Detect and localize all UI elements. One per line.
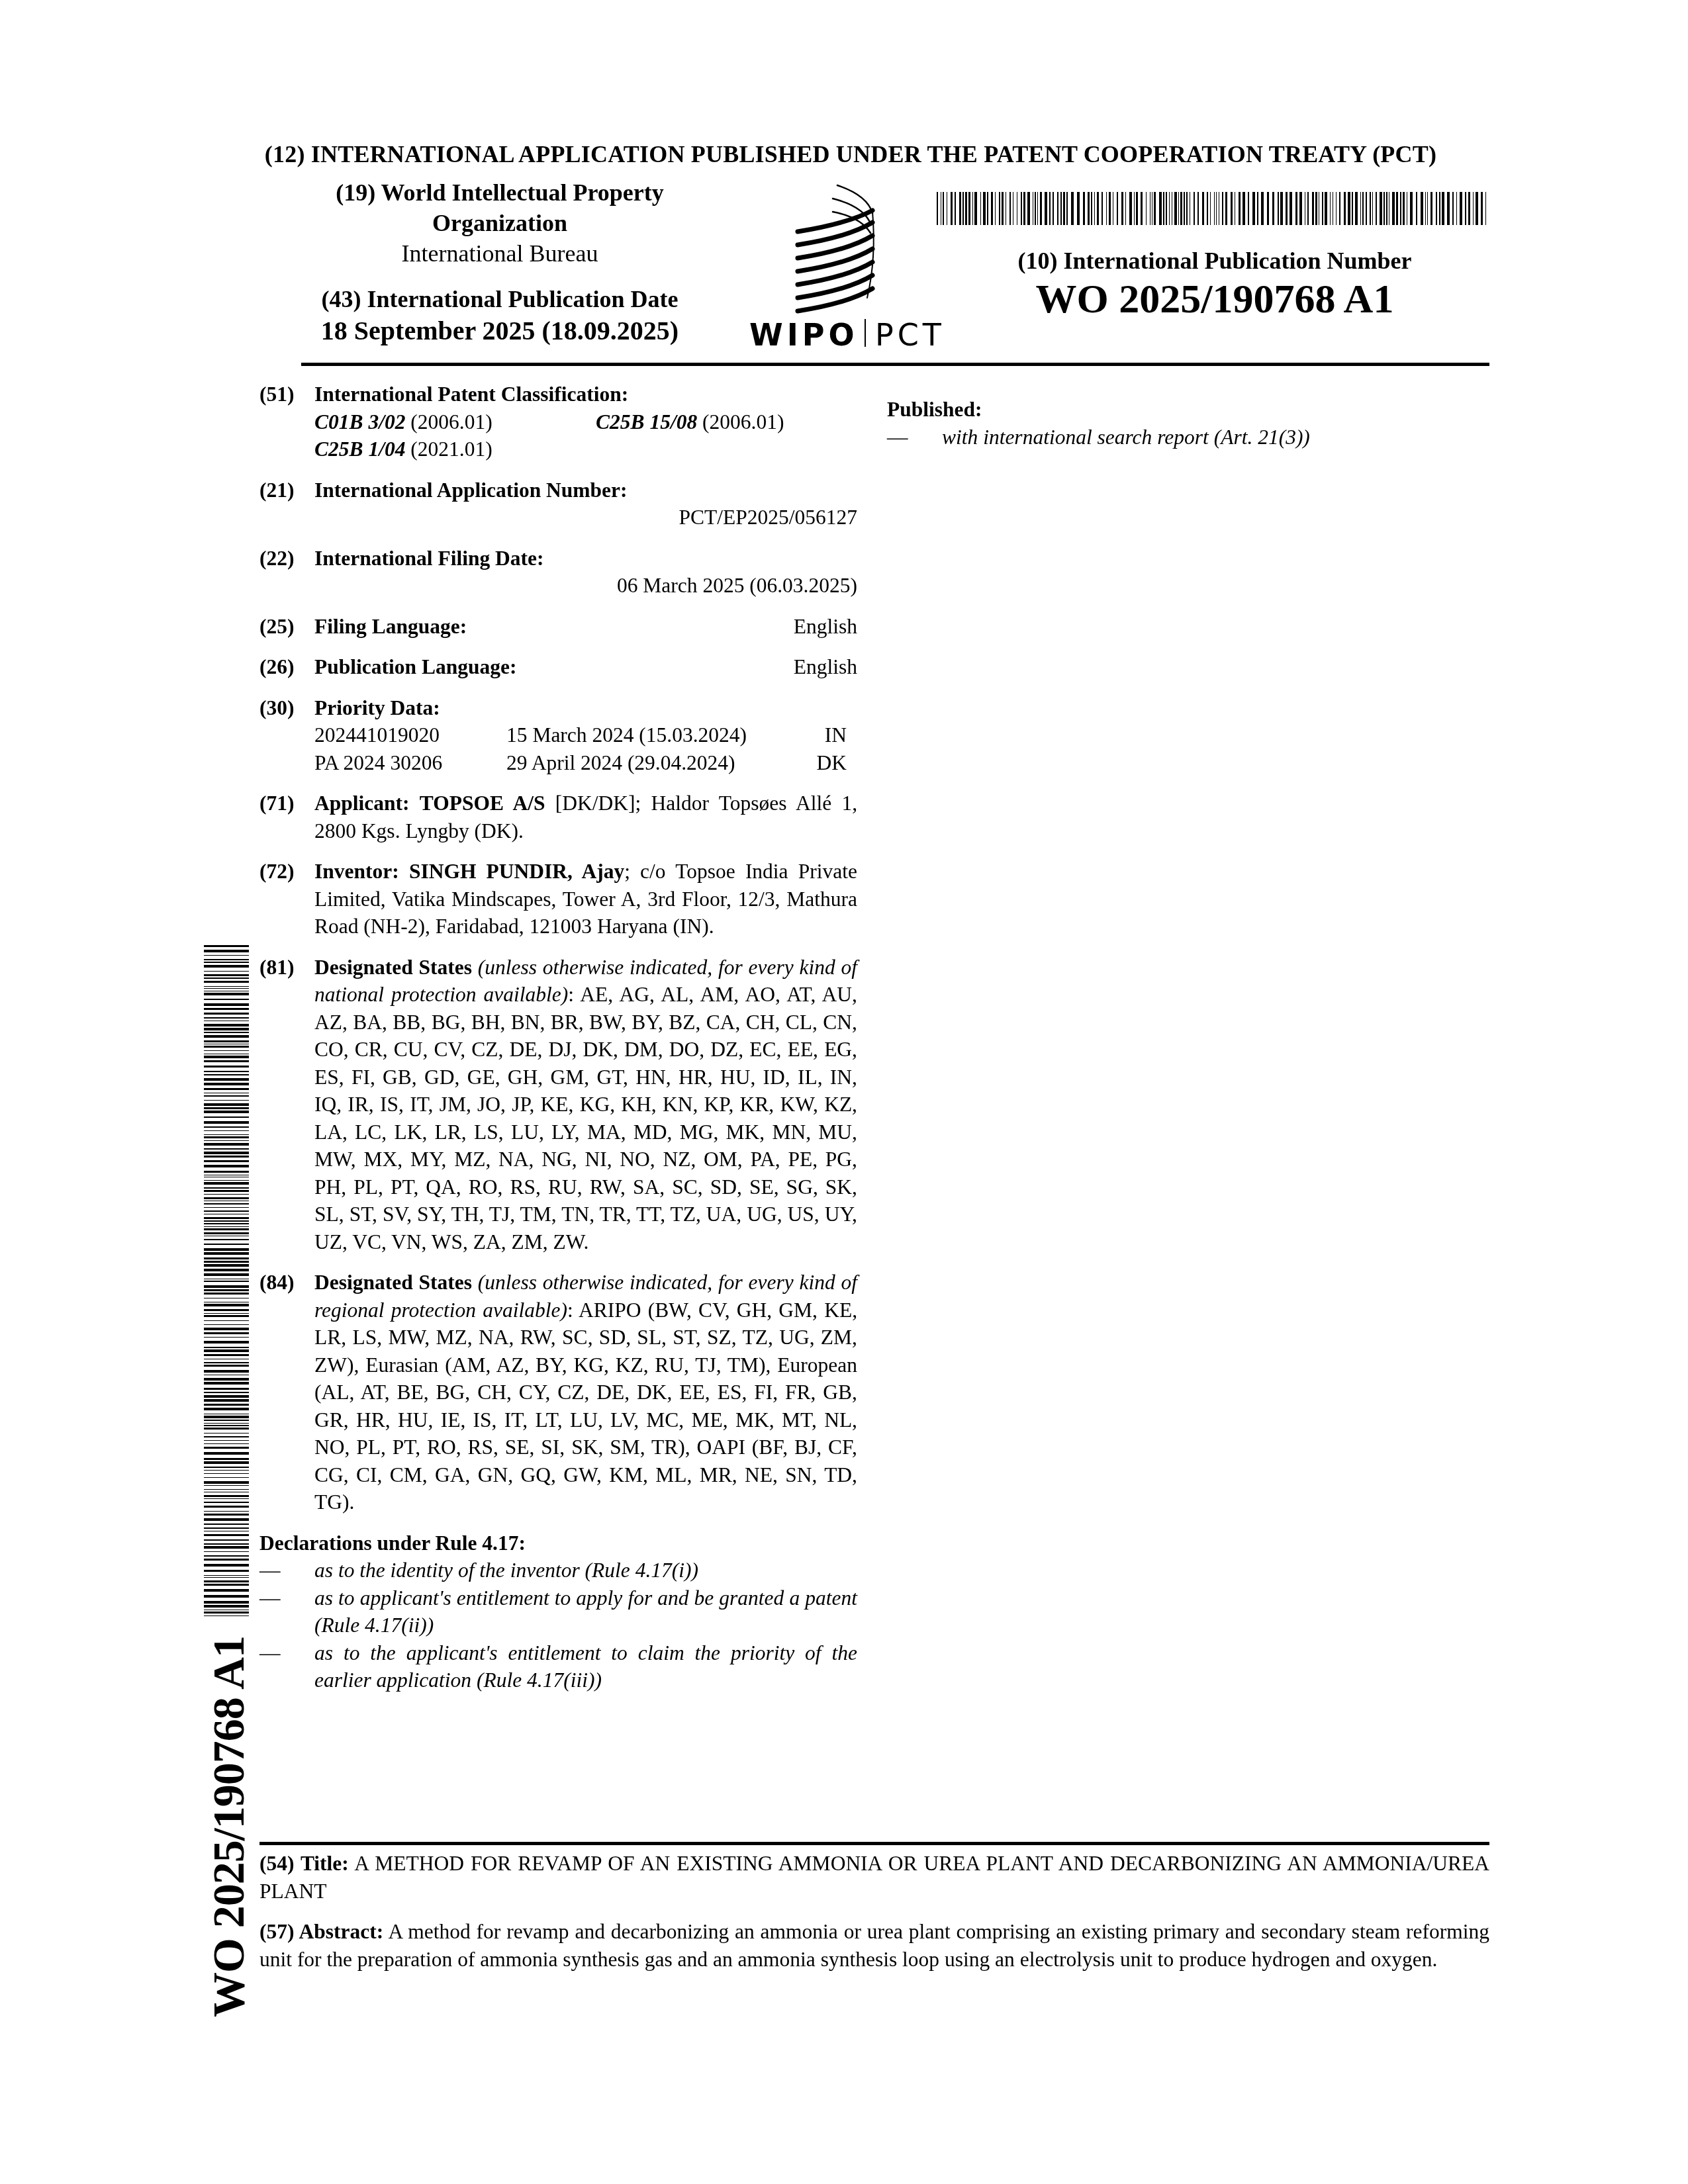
ipc-version: (2006.01)	[702, 410, 784, 433]
entry-label: Inventor:	[314, 860, 399, 883]
entry-label: Designated States	[314, 1271, 472, 1294]
priority-row: PA 2024 30206 29 April 2024 (29.04.2024)…	[314, 749, 857, 777]
publication-language-entry: (26) Publication Language: English	[259, 653, 857, 681]
side-publication-number-text: WO 2025/190768 A1	[203, 1636, 255, 2017]
ipc-version: (2006.01)	[410, 410, 492, 433]
filing-language-value: English	[794, 613, 857, 641]
published-item: —with international search report (Art. …	[887, 424, 1483, 451]
title-paragraph: (54) Title: A METHOD FOR REVAMP OF AN EX…	[259, 1850, 1489, 1905]
wipo-pct-logo: WIPO PCT	[735, 172, 960, 351]
svg-text:WIPO: WIPO	[749, 317, 859, 351]
applicant-name: TOPSOE A/S	[420, 792, 545, 815]
priority-row: 202441019020 15 March 2024 (15.03.2024) …	[314, 721, 857, 749]
entry-label: International Patent Classification:	[314, 381, 857, 408]
org-bureau: International Bureau	[301, 238, 698, 269]
inid-code: (21)	[259, 477, 294, 504]
abstract-divider	[259, 1842, 1489, 1845]
filing-date-entry: (22) International Filing Date: 06 March…	[259, 545, 857, 600]
designated-national-entry: (81) Designated States (unless otherwise…	[259, 954, 857, 1256]
wipo-globe-icon: WIPO PCT	[735, 172, 960, 351]
organization-block: (19) World Intellectual Property Organiz…	[301, 177, 698, 269]
entry-label: International Filing Date:	[314, 545, 857, 572]
applicant-entry: (71) Applicant: TOPSOE A/S [DK/DK]; Hald…	[259, 790, 857, 844]
declaration-item: —as to the applicant's entitlement to cl…	[259, 1639, 857, 1694]
svg-text:PCT: PCT	[875, 317, 945, 351]
abstract-paragraph: (57) Abstract: A method for revamp and d…	[259, 1918, 1489, 1973]
inid-code: (25)	[259, 613, 294, 641]
declaration-item: —as to the identity of the inventor (Rul…	[259, 1557, 857, 1584]
publication-date-value: 18 September 2025 (18.09.2025)	[301, 315, 698, 347]
abstract-label: (57) Abstract:	[259, 1920, 383, 1943]
ipc-code: C25B 1/04	[314, 437, 405, 461]
title-abstract: (54) Title: A METHOD FOR REVAMP OF AN EX…	[259, 1850, 1489, 1986]
inventor-entry: (72) Inventor: SINGH PUNDIR, Ajay; c/o T…	[259, 858, 857, 940]
inid-code: (81)	[259, 954, 294, 981]
publication-date-label: (43) International Publication Date	[301, 283, 698, 315]
declaration-item: —as to applicant's entitlement to apply …	[259, 1584, 857, 1639]
entry-label: Applicant:	[314, 792, 410, 815]
bibliographic-data: (51) International Patent Classification…	[259, 381, 857, 1694]
application-number-value: PCT/EP2025/056127	[314, 504, 857, 531]
org-name-line2: Organization	[301, 208, 698, 238]
title-label: (54) Title:	[259, 1852, 349, 1875]
declarations-heading: Declarations under Rule 4.17:	[259, 1529, 857, 1557]
entry-label: Priority Data:	[314, 694, 857, 722]
state-list: : ARIPO (BW, CV, GH, GM, KE, LR, LS, MW,…	[314, 1298, 857, 1514]
entry-label: Designated States	[314, 956, 472, 979]
inid-code: (26)	[259, 653, 294, 681]
ipc-version: (2021.01)	[410, 437, 492, 461]
barcode-top	[937, 192, 1486, 225]
barcode-side	[204, 945, 249, 1617]
classification-entry: (51) International Patent Classification…	[259, 381, 857, 463]
ipc-code: C25B 15/08	[596, 410, 697, 433]
publication-date-block: (43) International Publication Date 18 S…	[301, 283, 698, 347]
inid-code: (84)	[259, 1269, 294, 1297]
inid-code: (30)	[259, 694, 294, 722]
title-text: A METHOD FOR REVAMP OF AN EXISTING AMMON…	[259, 1852, 1489, 1903]
application-number-entry: (21) International Application Number: P…	[259, 477, 857, 531]
org-name-line1: (19) World Intellectual Property	[301, 177, 698, 208]
priority-data-entry: (30) Priority Data: 202441019020 15 Marc…	[259, 694, 857, 777]
side-publication-number: WO 2025/190768 A1	[199, 1621, 258, 2032]
declarations-block: Declarations under Rule 4.17: —as to the…	[259, 1529, 857, 1694]
publication-number-value: WO 2025/190768 A1	[986, 275, 1443, 323]
filing-date-value: 06 March 2025 (06.03.2025)	[314, 572, 857, 600]
inid-code: (72)	[259, 858, 294, 886]
inventor-name: SINGH PUNDIR, Ajay	[409, 860, 624, 883]
entry-label: International Application Number:	[314, 477, 857, 504]
abstract-text: A method for revamp and decarbonizing an…	[259, 1920, 1489, 1971]
publication-number-block: (10) International Publication Number WO…	[986, 246, 1443, 323]
published-block: Published: —with international search re…	[887, 396, 1483, 451]
publication-number-label: (10) International Publication Number	[986, 246, 1443, 275]
header-divider	[301, 363, 1489, 366]
designated-regional-entry: (84) Designated States (unless otherwise…	[259, 1269, 857, 1516]
entry-label: Publication Language:	[314, 653, 516, 681]
publication-language-value: English	[794, 653, 857, 681]
filing-language-entry: (25) Filing Language: English	[259, 613, 857, 641]
ipc-code: C01B 3/02	[314, 410, 405, 433]
inid-code: (71)	[259, 790, 294, 817]
state-list: : AE, AG, AL, AM, AO, AT, AU, AZ, BA, BB…	[314, 983, 857, 1253]
published-heading: Published:	[887, 396, 1483, 424]
inid-code: (22)	[259, 545, 294, 572]
entry-label: Filing Language:	[314, 613, 467, 641]
treaty-heading: (12) INTERNATIONAL APPLICATION PUBLISHED…	[0, 140, 1688, 168]
inid-code: (51)	[259, 381, 294, 408]
